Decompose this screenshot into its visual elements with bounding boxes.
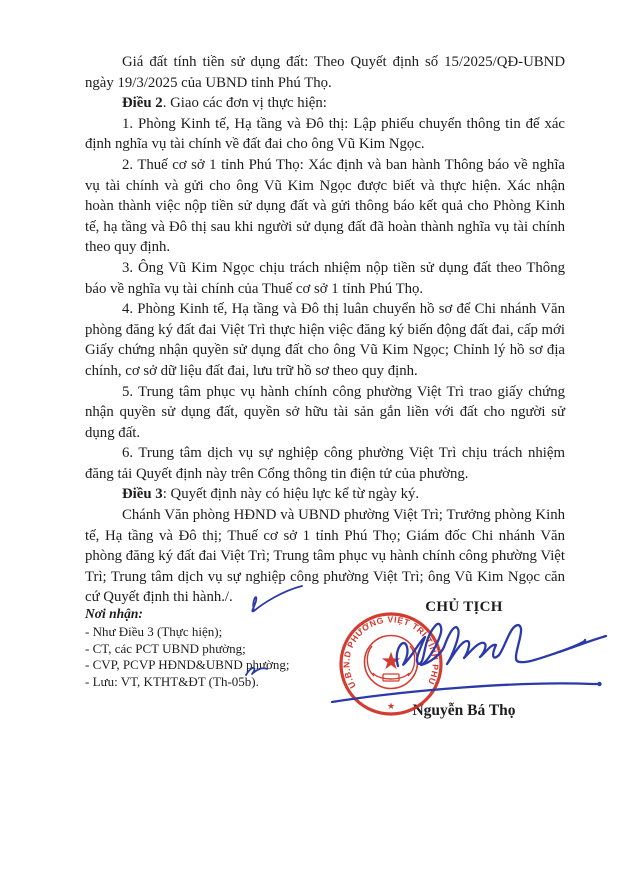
paragraph-article-2: Điều 2. Giao các đơn vị thực hiện: — [85, 93, 565, 114]
signature-ink-icon — [240, 578, 625, 718]
paragraph-text: . Giao các đơn vị thực hiện: — [163, 95, 327, 111]
paragraph-text: 5. Trung tâm phục vụ hành chính công phư… — [85, 384, 565, 441]
paragraph-item-5: 5. Trung tâm phục vụ hành chính công phư… — [85, 382, 565, 444]
document-page: Giá đất tính tiền sử dụng đất: Theo Quyế… — [0, 0, 625, 891]
paragraph-item-4: 4. Phòng Kinh tế, Hạ tầng và Đô thị luân… — [85, 299, 565, 381]
paragraph-lead: Điều 3 — [122, 486, 163, 502]
paragraph-item-3: 3. Ông Vũ Kim Ngọc chịu trách nhiệm nộp … — [85, 258, 565, 299]
paragraph-text: 4. Phòng Kinh tế, Hạ tầng và Đô thị luân… — [85, 301, 565, 379]
paragraph-article-3: Điều 3: Quyết định này có hiệu lực kể từ… — [85, 484, 565, 505]
paragraph-text: 6. Trung tâm dịch vụ sự nghiệp công phườ… — [85, 445, 565, 482]
handwritten-ink-overlay — [240, 578, 625, 718]
paragraph-land-price: Giá đất tính tiền sử dụng đất: Theo Quyế… — [85, 52, 565, 93]
paragraph-text: 3. Ông Vũ Kim Ngọc chịu trách nhiệm nộp … — [85, 260, 565, 297]
paragraph-text: : Quyết định này có hiệu lực kể từ ngày … — [163, 486, 419, 502]
paragraph-text: Giá đất tính tiền sử dụng đất: Theo Quyế… — [85, 54, 565, 91]
paragraph-text: 1. Phòng Kinh tế, Hạ tầng và Đô thị: Lập… — [85, 116, 565, 153]
paragraph-lead: Điều 2 — [122, 95, 163, 111]
paragraph-text: 2. Thuế cơ sở 1 tỉnh Phú Thọ: Xác định v… — [85, 157, 565, 255]
paragraph-item-6: 6. Trung tâm dịch vụ sự nghiệp công phườ… — [85, 443, 565, 484]
paragraph-item-1: 1. Phòng Kinh tế, Hạ tầng và Đô thị: Lập… — [85, 114, 565, 155]
document-body: Giá đất tính tiền sử dụng đất: Theo Quyế… — [85, 52, 565, 608]
paragraph-item-2: 2. Thuế cơ sở 1 tỉnh Phú Thọ: Xác định v… — [85, 155, 565, 258]
